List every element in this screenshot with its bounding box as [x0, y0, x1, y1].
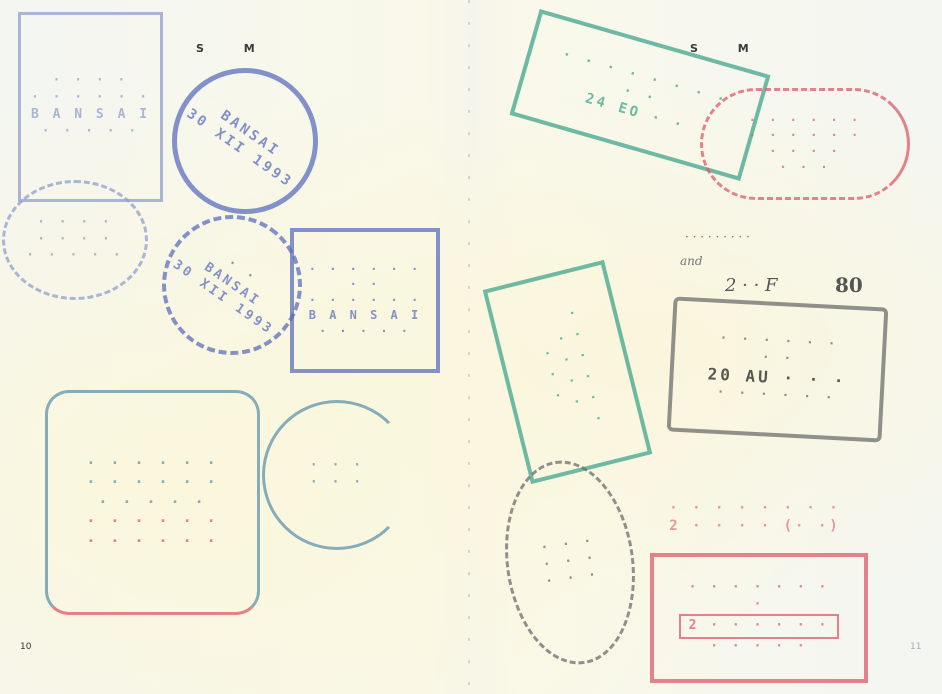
stamp-line: · · · · · · [86, 473, 218, 493]
stamp-line: · · · · · · [749, 128, 861, 144]
page-marker: S M [690, 42, 767, 55]
handwritten-line: 80 [835, 273, 863, 297]
stamp-line: B A N S A I [31, 107, 150, 124]
stamp-line: · · · [310, 475, 364, 492]
stamp-line: · · · · · · [309, 262, 421, 278]
stamp-line: · · · · · · [86, 454, 218, 474]
handwritten-line: · · · · · · · · · [685, 230, 750, 244]
passport-spread-photo: S M 10 · · · · · · · · · · B A N S A I ·… [0, 0, 942, 694]
stamp-line: · · [761, 350, 794, 369]
stamp-line: · · · · · [319, 324, 411, 340]
page-number: 10 [20, 642, 31, 652]
stamp-line: · · · · · [710, 639, 807, 656]
stamp-line: · · · · [37, 215, 113, 232]
stamp-line: · · · · · · [309, 293, 421, 309]
stamp-line: 2 · · · · (· ·) [669, 517, 840, 535]
page-number: 11 [910, 642, 921, 652]
stamp-rect-top-left: · · · · · · · · · · B A N S A I · · · · … [18, 12, 163, 202]
stamp-oval-left: · · · · · · · · · · · · · [2, 180, 148, 300]
stamp-line: · · · · · · · · [669, 499, 840, 517]
stamp-line: · · [350, 277, 381, 293]
stamp-line: · · · · [37, 232, 113, 249]
stamp-line: · · · [779, 160, 830, 176]
stamp-line: B A N S A I [309, 308, 421, 324]
page-marker: S M [196, 42, 273, 55]
stamp-rect-teal-left: · · · · · · · · · · · · · [483, 260, 653, 484]
handwritten-line: 2 · · F [725, 275, 778, 296]
stamp-half-circle-bottom: · · · · · · [262, 400, 412, 550]
stamp-line: · · · · · · [86, 512, 218, 532]
stamp-circle-bansai-top: BANSAI 30 XII 1993 [143, 39, 346, 242]
stamp-line: · · · · · · [31, 90, 150, 107]
stamp-rounded-rect-bottom: · · · · · · · · · · · · · · · · · · · · … [45, 390, 260, 615]
stamp-line: 2 · · · · · · [679, 614, 840, 639]
stamp-rect-bansai-right: · · · · · · · · · · · · · · B A N S A I … [290, 228, 440, 373]
handwritten-line: and [680, 254, 703, 268]
stamp-rect-grey-mid: · · · · · · · · 20 AU · · · · · · · · · [667, 296, 889, 442]
stamp-line: · · · · [53, 73, 129, 90]
stamp-line: · · · · · [42, 124, 139, 141]
stamp-oval-red-top: · · · · · · · · · · · · · · · · · · · [700, 88, 910, 200]
stamp-text-red-date: · · · · · · · · 2 · · · · (· ·) [640, 482, 870, 552]
stamp-line: · [754, 597, 765, 614]
stamp-rect-red-bottom: · · · · · · · · 2 · · · · · · · · · · · [650, 553, 868, 683]
stamp-line: · · · · · · [749, 113, 861, 129]
right-page: S M 11 · · · · · · · · · · 24 EO · · · ·… [470, 0, 942, 694]
stamp-line: · · · · [769, 144, 841, 160]
stamp-line: · · · · · [98, 493, 206, 513]
stamp-line: · · · · · · · [689, 580, 830, 597]
left-page: S M 10 · · · · · · · · · · B A N S A I ·… [0, 0, 468, 694]
stamp-line: · · · [310, 458, 364, 475]
stamp-oval-grey-bottom: · · · · · · · · · [492, 452, 647, 673]
stamp-line: · · · · · · [86, 532, 218, 552]
stamp-line: · · · · · [26, 248, 123, 265]
